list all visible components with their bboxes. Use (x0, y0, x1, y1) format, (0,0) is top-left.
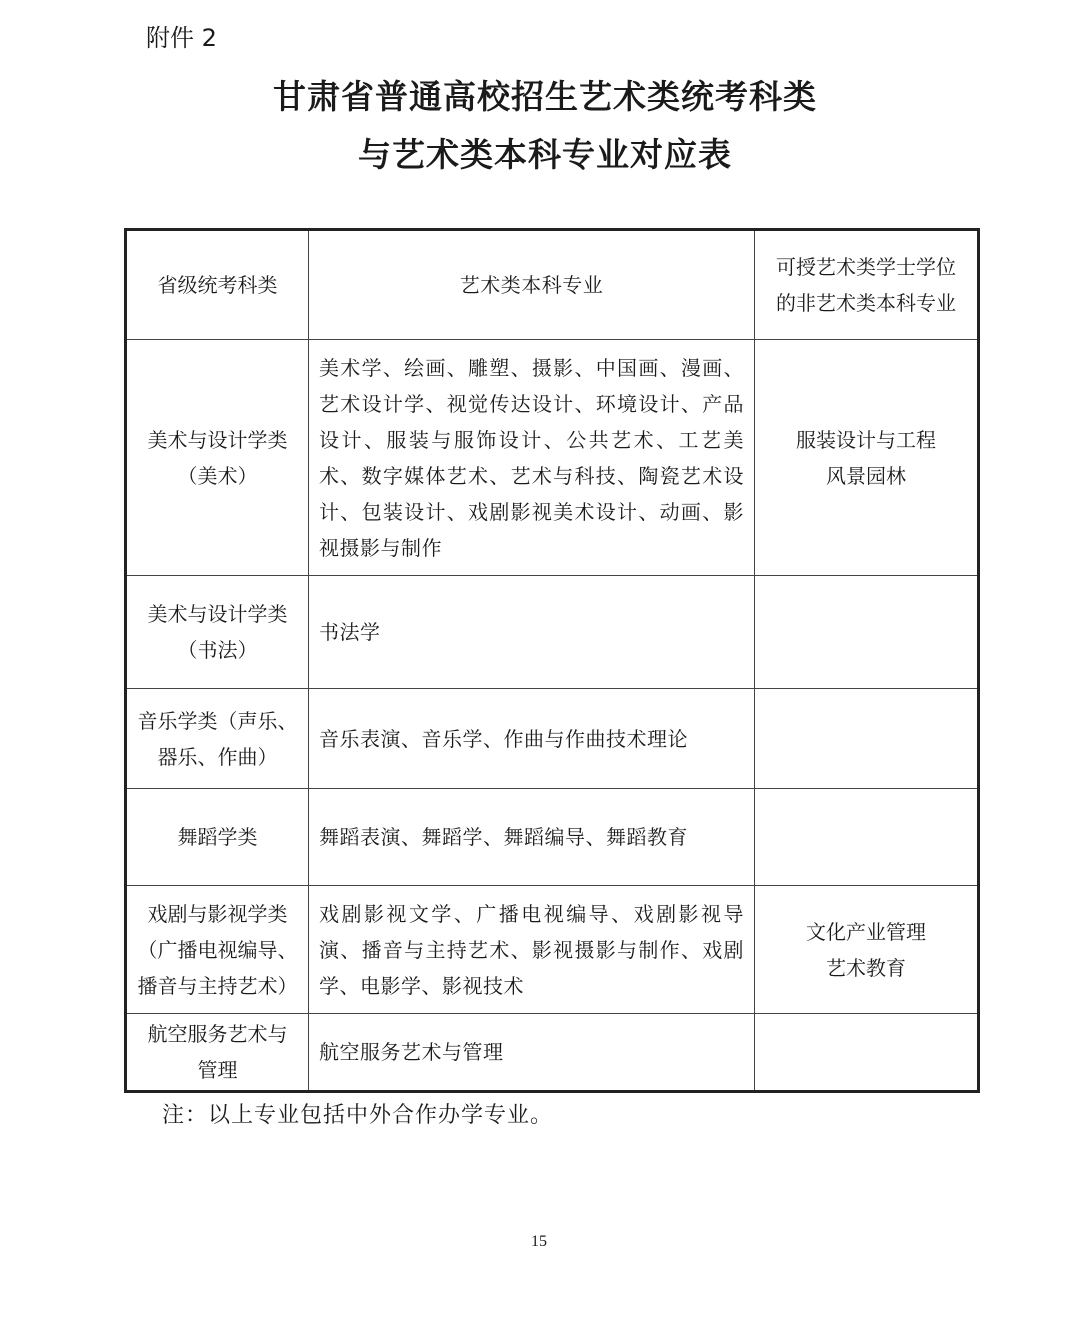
header-non-art-line-1: 可授艺术类学士学位 (755, 249, 977, 285)
exam-category-cell: 航空服务艺术与 管理 (126, 1014, 309, 1092)
non-art-major: 风景园林 (755, 458, 977, 494)
non-art-majors-cell: 文化产业管理 艺术教育 (755, 886, 979, 1014)
header-non-art-line-2: 的非艺术类本科专业 (755, 285, 977, 321)
table-row: 音乐学类（声乐、 器乐、作曲） 音乐表演、音乐学、作曲与作曲技术理论 (126, 689, 979, 789)
art-majors-cell: 航空服务艺术与管理 (309, 1014, 755, 1092)
category-line: 航空服务艺术与 (127, 1016, 308, 1052)
table-row: 美术与设计学类 （美术） 美术学、绘画、雕塑、摄影、中国画、漫画、艺术设计学、视… (126, 340, 979, 576)
exam-category-cell: 舞蹈学类 (126, 789, 309, 886)
non-art-majors-cell (755, 689, 979, 789)
attachment-label: 附件 2 (146, 18, 217, 53)
footnote: 注：以上专业包括中外合作办学专业。 (162, 1098, 553, 1129)
header-non-art-majors: 可授艺术类学士学位 的非艺术类本科专业 (755, 230, 979, 340)
category-line: 播音与主持艺术） (127, 968, 308, 1004)
category-line: 音乐学类（声乐、 (127, 703, 308, 739)
document-title-line-2: 与艺术类本科专业对应表 (5, 138, 1080, 171)
exam-category-cell: 戏剧与影视学类 （广播电视编导、 播音与主持艺术） (126, 886, 309, 1014)
category-line: （广播电视编导、 (127, 932, 308, 968)
category-line: （书法） (127, 632, 308, 668)
table-row: 航空服务艺术与 管理 航空服务艺术与管理 (126, 1014, 979, 1092)
art-majors-cell: 舞蹈表演、舞蹈学、舞蹈编导、舞蹈教育 (309, 789, 755, 886)
document-title-line-1: 甘肃省普通高校招生艺术类统考科类 (5, 80, 1080, 113)
art-majors-cell: 戏剧影视文学、广播电视编导、戏剧影视导演、播音与主持艺术、影视摄影与制作、戏剧学… (309, 886, 755, 1014)
art-majors-cell: 书法学 (309, 576, 755, 689)
non-art-majors-cell (755, 789, 979, 886)
table-row: 舞蹈学类 舞蹈表演、舞蹈学、舞蹈编导、舞蹈教育 (126, 789, 979, 886)
table-row: 戏剧与影视学类 （广播电视编导、 播音与主持艺术） 戏剧影视文学、广播电视编导、… (126, 886, 979, 1014)
non-art-major: 艺术教育 (755, 950, 977, 986)
page-number: 15 (531, 1233, 547, 1251)
category-line: 管理 (127, 1052, 308, 1088)
table-header-row: 省级统考科类 艺术类本科专业 可授艺术类学士学位 的非艺术类本科专业 (126, 230, 979, 340)
non-art-major: 服装设计与工程 (755, 422, 977, 458)
header-art-majors: 艺术类本科专业 (309, 230, 755, 340)
category-line: 舞蹈学类 (127, 819, 308, 855)
category-line: 戏剧与影视学类 (127, 896, 308, 932)
art-majors-cell: 音乐表演、音乐学、作曲与作曲技术理论 (309, 689, 755, 789)
non-art-major: 文化产业管理 (755, 914, 977, 950)
category-line: 美术与设计学类 (127, 422, 308, 458)
non-art-majors-cell (755, 1014, 979, 1092)
non-art-majors-cell (755, 576, 979, 689)
art-majors-cell: 美术学、绘画、雕塑、摄影、中国画、漫画、艺术设计学、视觉传达设计、环境设计、产品… (309, 340, 755, 576)
table-row: 美术与设计学类 （书法） 书法学 (126, 576, 979, 689)
category-line: 美术与设计学类 (127, 596, 308, 632)
exam-category-cell: 美术与设计学类 （美术） (126, 340, 309, 576)
category-line: （美术） (127, 458, 308, 494)
exam-category-cell: 音乐学类（声乐、 器乐、作曲） (126, 689, 309, 789)
header-exam-category: 省级统考科类 (126, 230, 309, 340)
category-line: 器乐、作曲） (127, 739, 308, 775)
exam-category-cell: 美术与设计学类 （书法） (126, 576, 309, 689)
correspondence-table: 省级统考科类 艺术类本科专业 可授艺术类学士学位 的非艺术类本科专业 美术与设计… (124, 228, 980, 1093)
non-art-majors-cell: 服装设计与工程 风景园林 (755, 340, 979, 576)
